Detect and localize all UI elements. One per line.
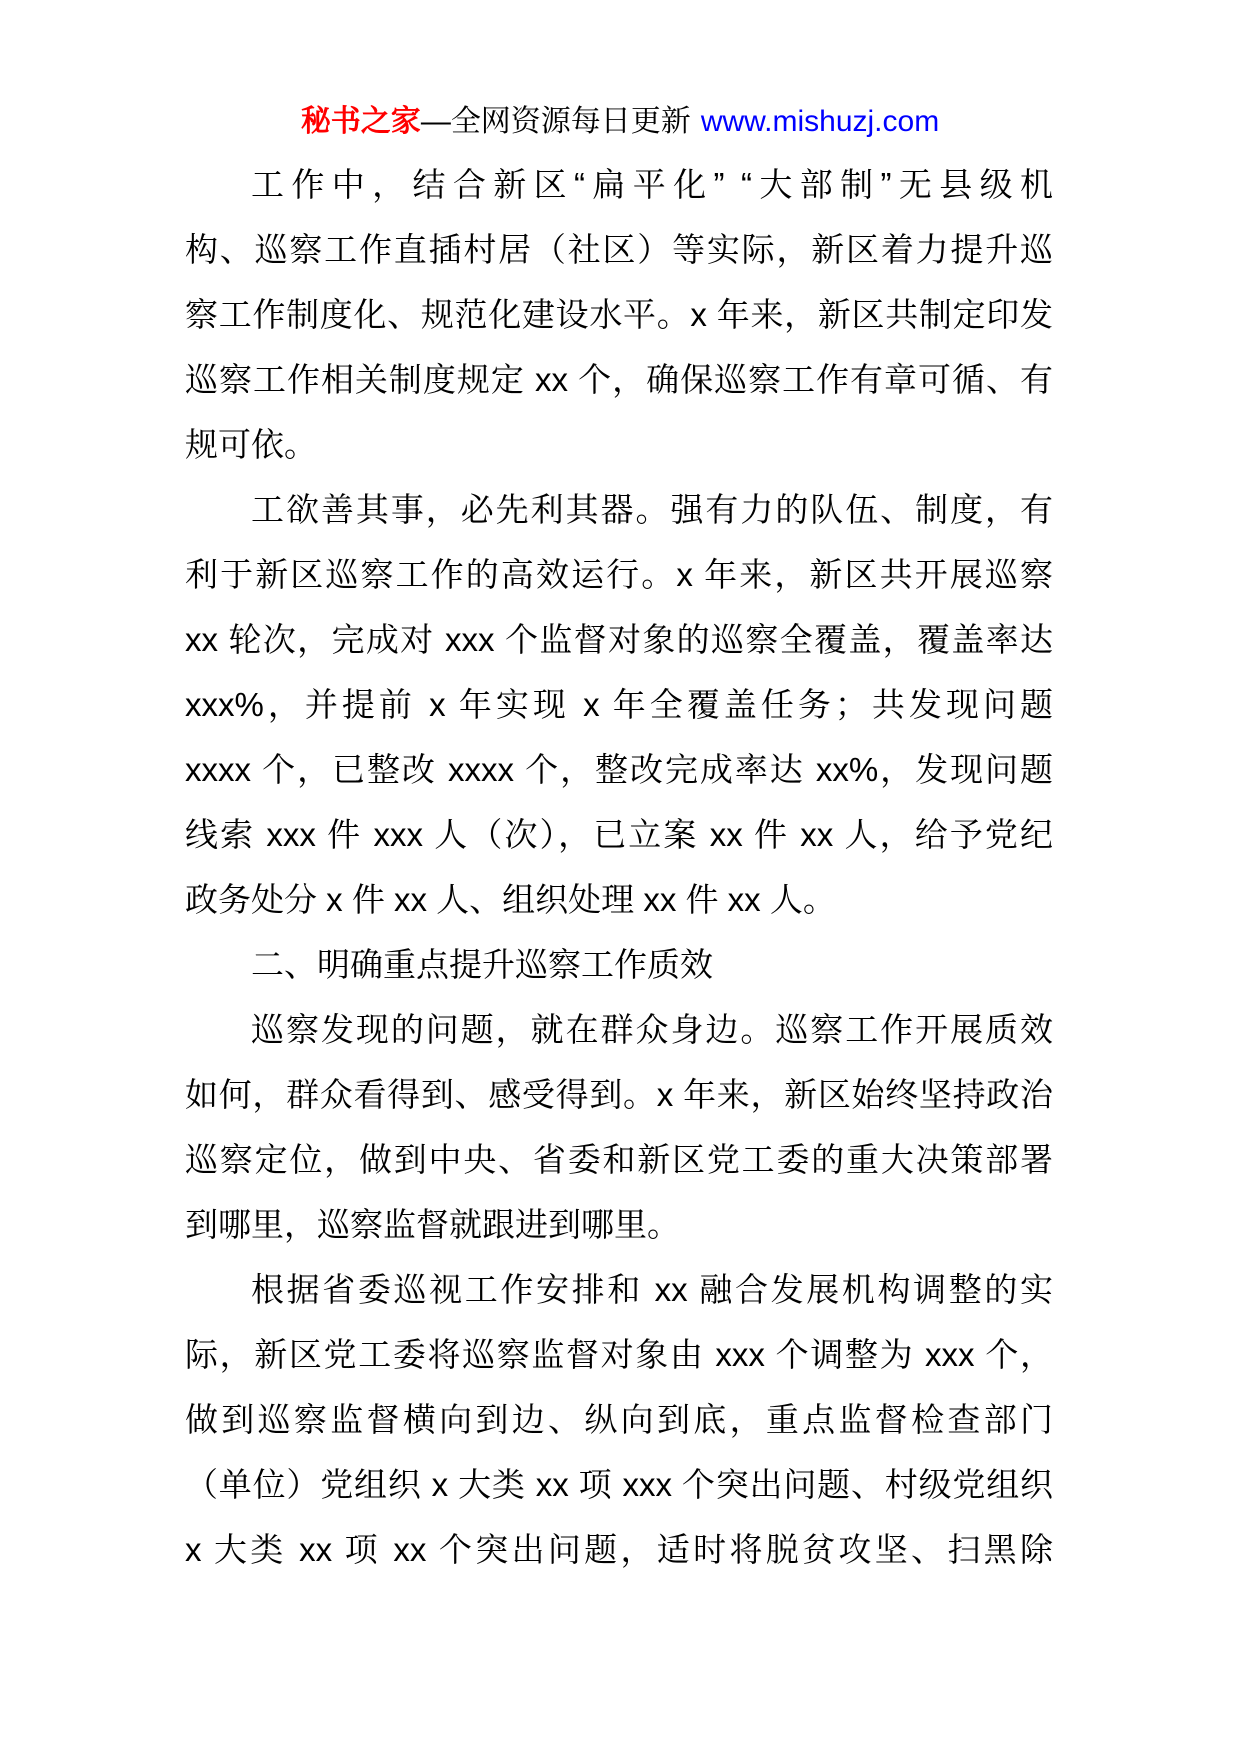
header-dash: — bbox=[421, 105, 451, 138]
header-tagline: 全网资源每日更新 bbox=[451, 105, 691, 138]
text-line: 规可依。 bbox=[185, 412, 1053, 477]
text-line: 构、巡察工作直插村居（社区）等实际，新区着力提升巡 bbox=[185, 217, 1053, 282]
text-line: 政务处分 x 件 xx 人、组织处理 xx 件 xx 人。 bbox=[185, 867, 1053, 932]
text-line: 际，新区党工委将巡察监督对象由 xxx 个调整为 xxx 个， bbox=[185, 1322, 1053, 1387]
text-line: 巡察工作相关制度规定 xx 个，确保巡察工作有章可循、有 bbox=[185, 347, 1053, 412]
document-page: 秘书之家—全网资源每日更新www.mishuzj.com 工作中，结合新区“扁平… bbox=[0, 0, 1240, 1754]
text-line: xxx%，并提前 x 年实现 x 年全覆盖任务；共发现问题 bbox=[185, 672, 1053, 737]
text-line: x 大类 xx 项 xx 个突出问题，适时将脱贫攻坚、扫黑除 bbox=[185, 1517, 1053, 1582]
text-line: （单位）党组织 x 大类 xx 项 xxx 个突出问题、村级党组织 bbox=[185, 1452, 1053, 1517]
site-url-link[interactable]: www.mishuzj.com bbox=[701, 105, 939, 138]
text-line: xxxx 个，已整改 xxxx 个，整改完成率达 xx%，发现问题 bbox=[185, 737, 1053, 802]
text-line: 如何，群众看得到、感受得到。x 年来，新区始终坚持政治 bbox=[185, 1062, 1053, 1127]
text-line: 到哪里，巡察监督就跟进到哪里。 bbox=[185, 1192, 1053, 1257]
text-line: 利于新区巡察工作的高效运行。x 年来，新区共开展巡察 bbox=[185, 542, 1053, 607]
site-brand: 秘书之家 bbox=[301, 105, 421, 138]
text-line: xx 轮次，完成对 xxx 个监督对象的巡察全覆盖，覆盖率达 bbox=[185, 607, 1053, 672]
document-body: 工作中，结合新区“扁平化” “大部制”无县级机构、巡察工作直插村居（社区）等实际… bbox=[185, 152, 1053, 1582]
page-header: 秘书之家—全网资源每日更新www.mishuzj.com bbox=[0, 100, 1240, 144]
section-heading: 二、明确重点提升巡察工作质效 bbox=[185, 932, 1053, 997]
text-line: 根据省委巡视工作安排和 xx 融合发展机构调整的实 bbox=[185, 1257, 1053, 1322]
text-line: 巡察发现的问题，就在群众身边。巡察工作开展质效 bbox=[185, 997, 1053, 1062]
text-line: 线索 xxx 件 xxx 人（次），已立案 xx 件 xx 人，给予党纪 bbox=[185, 802, 1053, 867]
text-line: 做到巡察监督横向到边、纵向到底，重点监督检查部门 bbox=[185, 1387, 1053, 1452]
text-line: 工作中，结合新区“扁平化” “大部制”无县级机 bbox=[185, 152, 1053, 217]
text-line: 察工作制度化、规范化建设水平。x 年来，新区共制定印发 bbox=[185, 282, 1053, 347]
text-line: 巡察定位，做到中央、省委和新区党工委的重大决策部署 bbox=[185, 1127, 1053, 1192]
text-line: 工欲善其事，必先利其器。强有力的队伍、制度，有 bbox=[185, 477, 1053, 542]
